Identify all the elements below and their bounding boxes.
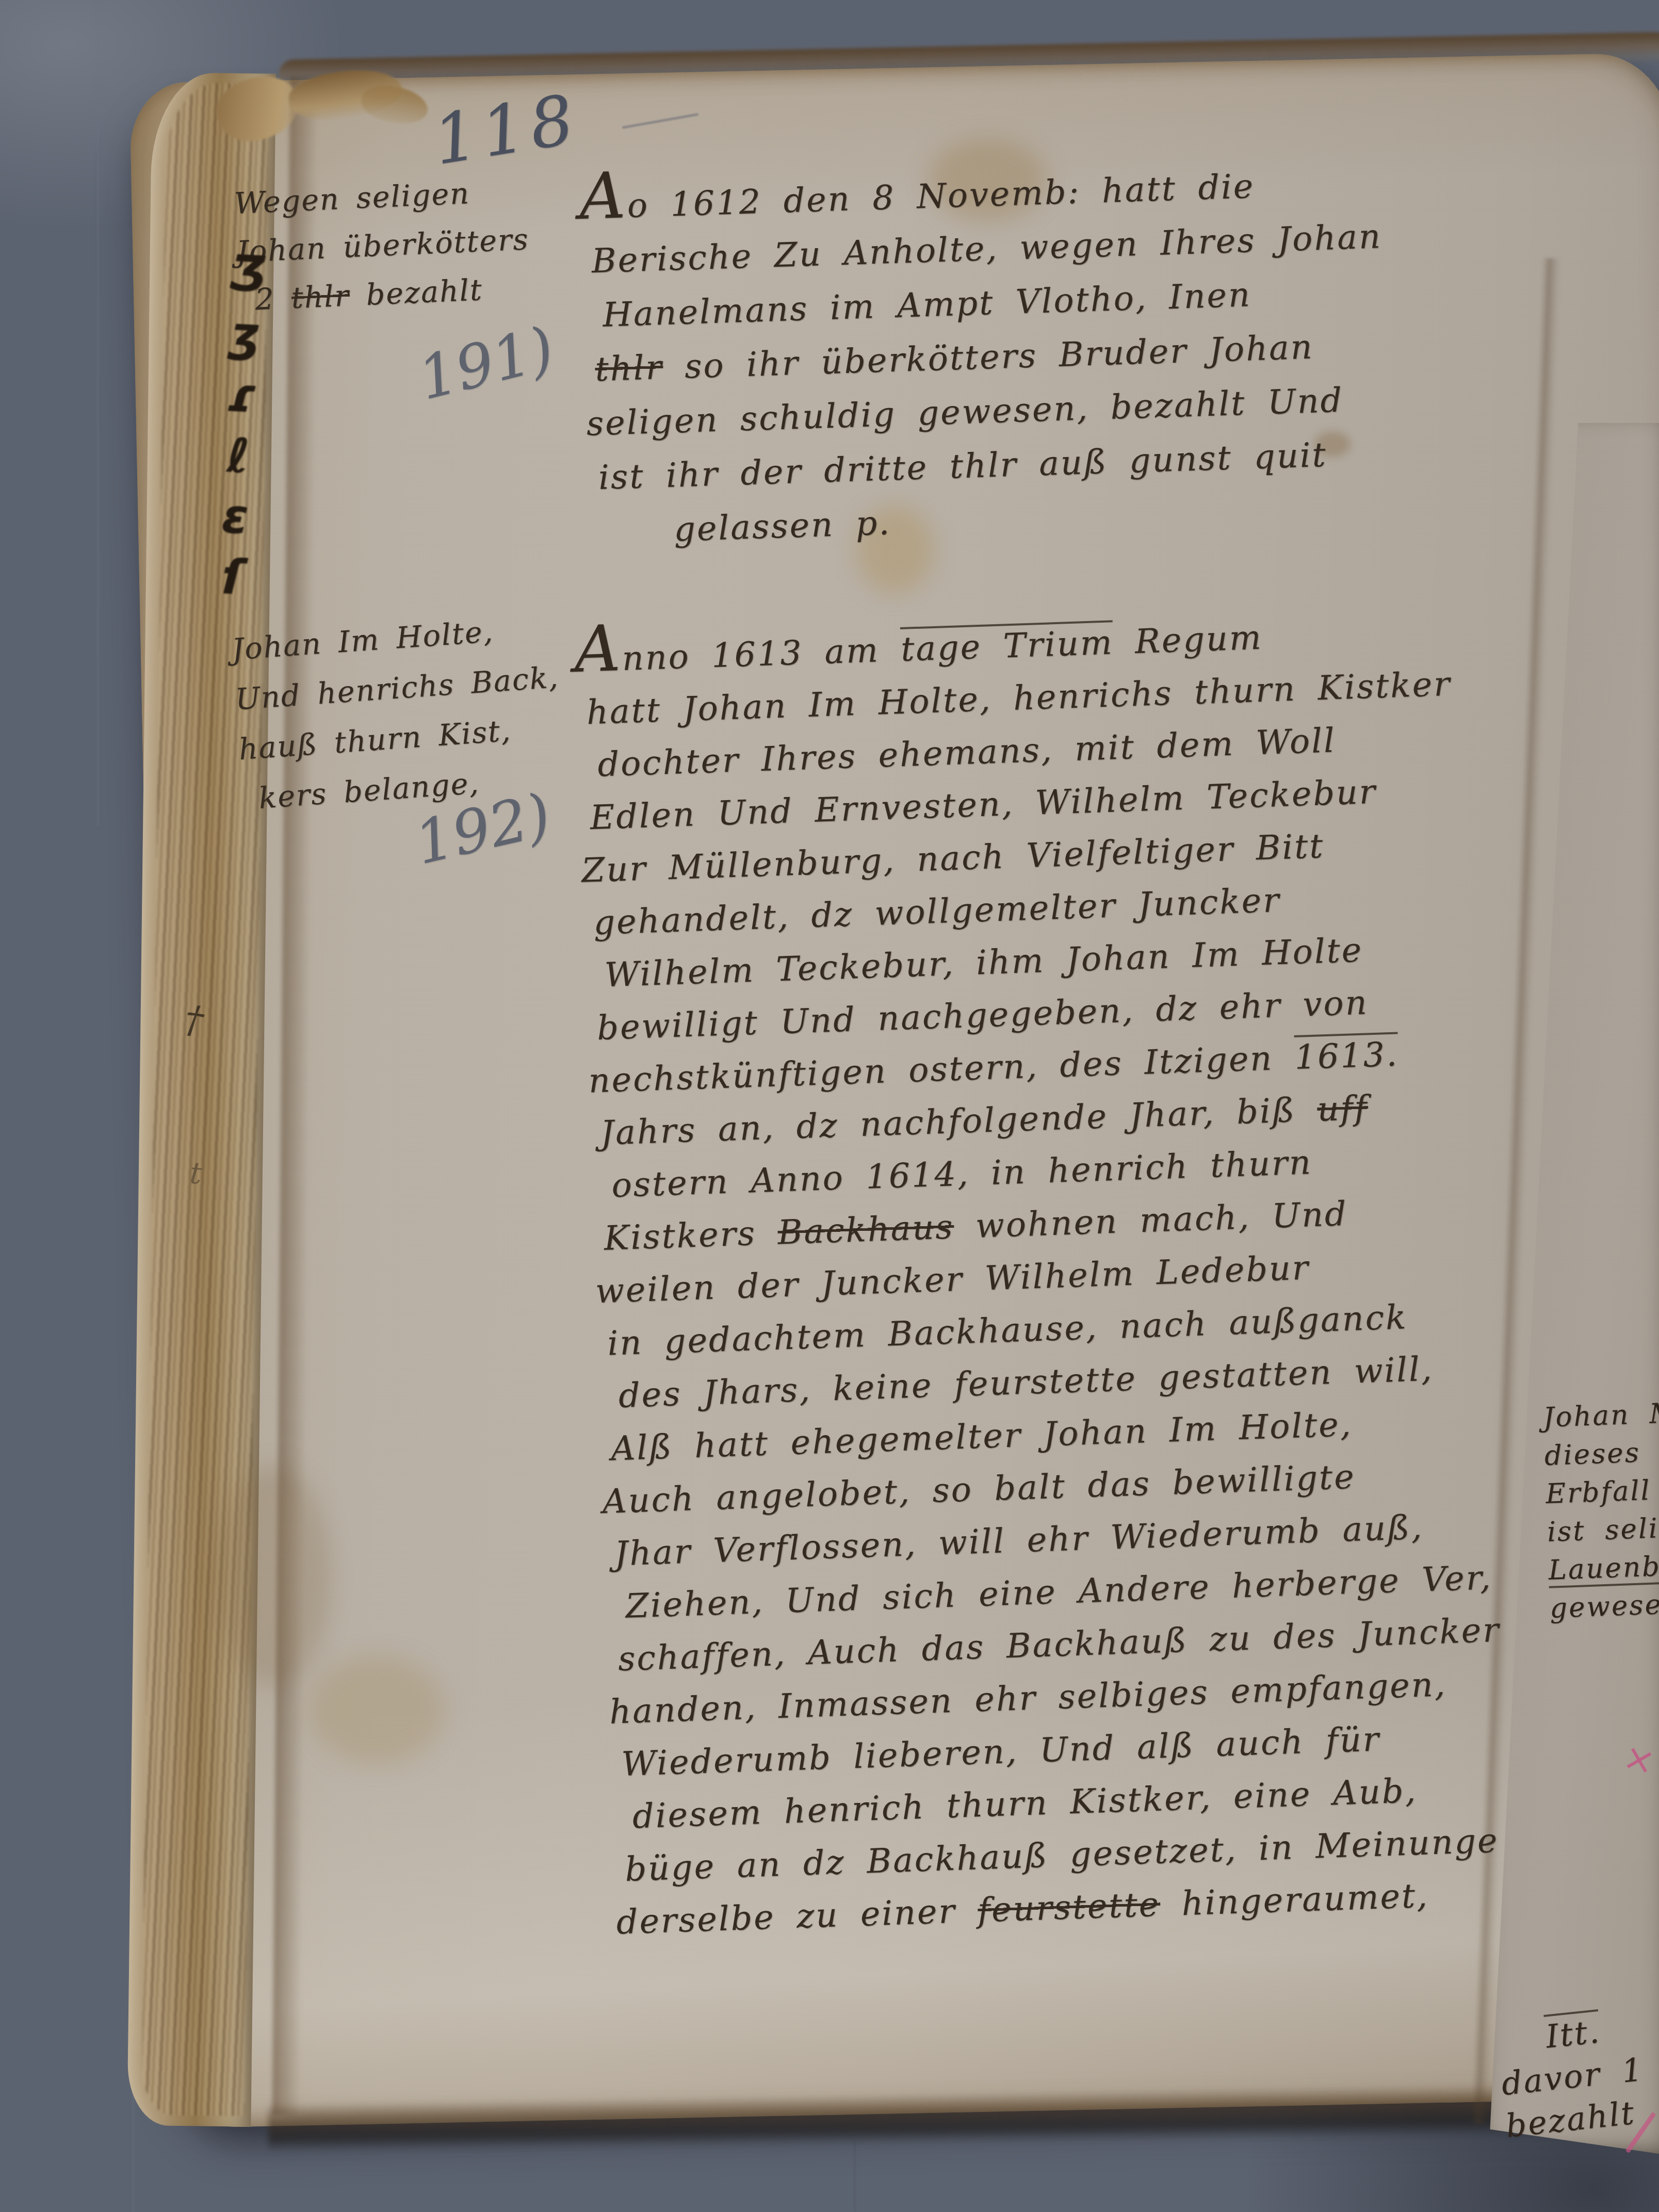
text-line: ist selig bbox=[1547, 1508, 1659, 1552]
emphasized-word: Lauenbrü bbox=[1548, 1550, 1659, 1588]
page-stain bbox=[310, 1656, 444, 1764]
text-line: ʒ bbox=[225, 303, 265, 366]
emphasized-word: thlr bbox=[290, 279, 350, 315]
backdrop-crease bbox=[854, 2141, 856, 2212]
entry-body-1613: Anno 1613 am tage Trium Regumhatt Johan … bbox=[574, 601, 1607, 1949]
emphasized-word: Backhaus bbox=[777, 1208, 954, 1252]
text-line: gewesen bbox=[1549, 1585, 1659, 1628]
text-line: Lauenbrü bbox=[1548, 1547, 1659, 1590]
emphasized-word: uff bbox=[1316, 1088, 1369, 1129]
text-line: dieses t bbox=[1544, 1432, 1659, 1475]
emphasized-word: Itt. bbox=[1543, 2009, 1602, 2056]
emphasized-word: feurstette bbox=[977, 1885, 1161, 1930]
text-line: Erbfall bbox=[1545, 1470, 1659, 1514]
emphasized-word: 1613. bbox=[1294, 1032, 1399, 1077]
text-line: Johan M bbox=[1542, 1394, 1659, 1437]
text-line: ℓ bbox=[218, 425, 258, 488]
page-stain bbox=[217, 1465, 330, 1687]
emphasized-word: thlr bbox=[594, 348, 663, 389]
text-line: Ʒ bbox=[228, 242, 268, 305]
facing-page-text-lower: Itt.davor 1 Rthbezahlt bbox=[1495, 1997, 1659, 2147]
text-line: ɛ bbox=[215, 485, 255, 548]
photo-of-manuscript: 118 Wegen seligenJohan überkötters 2 thl… bbox=[0, 0, 1659, 2212]
text-line: ɾ bbox=[221, 364, 261, 427]
facing-page-text-upper: Johan Mdieses tErbfallist seligLauenbrüg… bbox=[1542, 1394, 1659, 1628]
backdrop-crease bbox=[97, 0, 99, 825]
text-line: ſ bbox=[212, 546, 252, 609]
entry-body-1612: Ao 1612 den 8 Novemb: hatt dieBerische Z… bbox=[579, 150, 1570, 559]
emphasized-word: tage Trium bbox=[900, 620, 1114, 669]
margin-note-1612: Wegen seligenJohan überkötters 2 thlr be… bbox=[233, 167, 532, 324]
margin-tick-mark: t bbox=[189, 1155, 203, 1191]
